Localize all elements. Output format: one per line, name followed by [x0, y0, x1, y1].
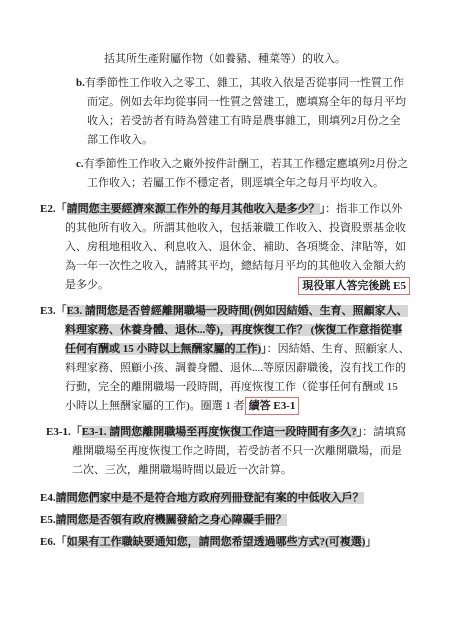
e6-close-quote: 」 [365, 536, 376, 548]
e6-label: E6. [40, 536, 56, 548]
e3-skip-note-box: 續答 E3-1 [245, 397, 300, 415]
intro-text: 括其所生產附屬作物（如養豬、種菜等）的收入。 [104, 50, 410, 69]
e4-label: E4. [40, 492, 56, 504]
item-c: c.有季節性工作收入之廠外按件計酬工，若其工作穩定應填列2月份之工作收入；若屬工… [76, 155, 410, 193]
e6-question-highlight: 如果有工作職缺要通知您，請問您希望透過哪些方式?(可複選) [67, 536, 366, 548]
e6-open-quote: 「 [56, 536, 67, 548]
e3-1-open-quote: 「 [71, 426, 82, 438]
question-e5: E5.請問您是否領有政府機關發給之身心障礙手冊？ [40, 511, 410, 530]
e5-question-highlight: 請問您是否領有政府機關發給之身心障礙手冊？ [56, 514, 287, 526]
e2-body-end: 是多少。 [65, 276, 109, 295]
e2-skip-note-box: 現役軍人答完後跳 E5 [298, 277, 410, 295]
e5-label: E5. [40, 514, 56, 526]
e3-label: E3. [40, 305, 56, 317]
e4-question-highlight: 請問您們家中是不是符合地方政府列冊登記有案的中低收入戶？ [56, 492, 364, 504]
e3-open-quote: 「 [56, 305, 67, 317]
question-e2: E2.「請問您主要經濟來源工作外的每月其他收入是多少？」：指非工作以外的其他所有… [40, 200, 410, 276]
e2-label: E2. [40, 203, 56, 215]
e3-1-label: E3-1. [46, 426, 71, 438]
question-e3-1: E3-1.「E3-1. 請問您離開職場至再度恢復工作這一段時間有多久?」：請填寫… [46, 423, 410, 480]
item-c-text: 有季節性工作收入之廠外按件計酬工，若其工作穩定應填列2月份之工作收入；若屬工作不… [84, 158, 409, 189]
question-e3: E3.「E3. 請問您是否曾經離開職場一段時間(例如因結婚、生育、照顧家人、料理… [40, 302, 410, 416]
item-c-label: c. [76, 158, 84, 170]
e2-question-highlight: 請問您主要經濟來源工作外的每月其他收入是多少？ [67, 203, 320, 215]
question-e4: E4.請問您們家中是不是符合地方政府列冊登記有案的中低收入戶？ [40, 489, 410, 508]
item-b-label: b. [76, 77, 85, 89]
e2-last-line: 是多少。 現役軍人答完後跳 E5 [40, 276, 410, 295]
e2-open-quote: 「 [56, 203, 67, 215]
document-page: 括其所生產附屬作物（如養豬、種菜等）的收入。 b.有季節性工作收入之零工、雜工，… [0, 0, 452, 640]
item-b: b.有季節性工作收入之零工、雜工，其收入依是否從事同一性質工作而定。例如去年均從… [76, 74, 410, 150]
question-e6: E6.「如果有工作職缺要通知您，請問您希望透過哪些方式?(可複選)」 [40, 533, 410, 552]
e3-1-question-highlight: E3-1. 請問您離開職場至再度恢復工作這一段時間有多久? [82, 426, 357, 438]
item-b-text: 有季節性工作收入之零工、雜工，其收入依是否從事同一性質工作而定。例如去年均從事同… [85, 77, 406, 146]
